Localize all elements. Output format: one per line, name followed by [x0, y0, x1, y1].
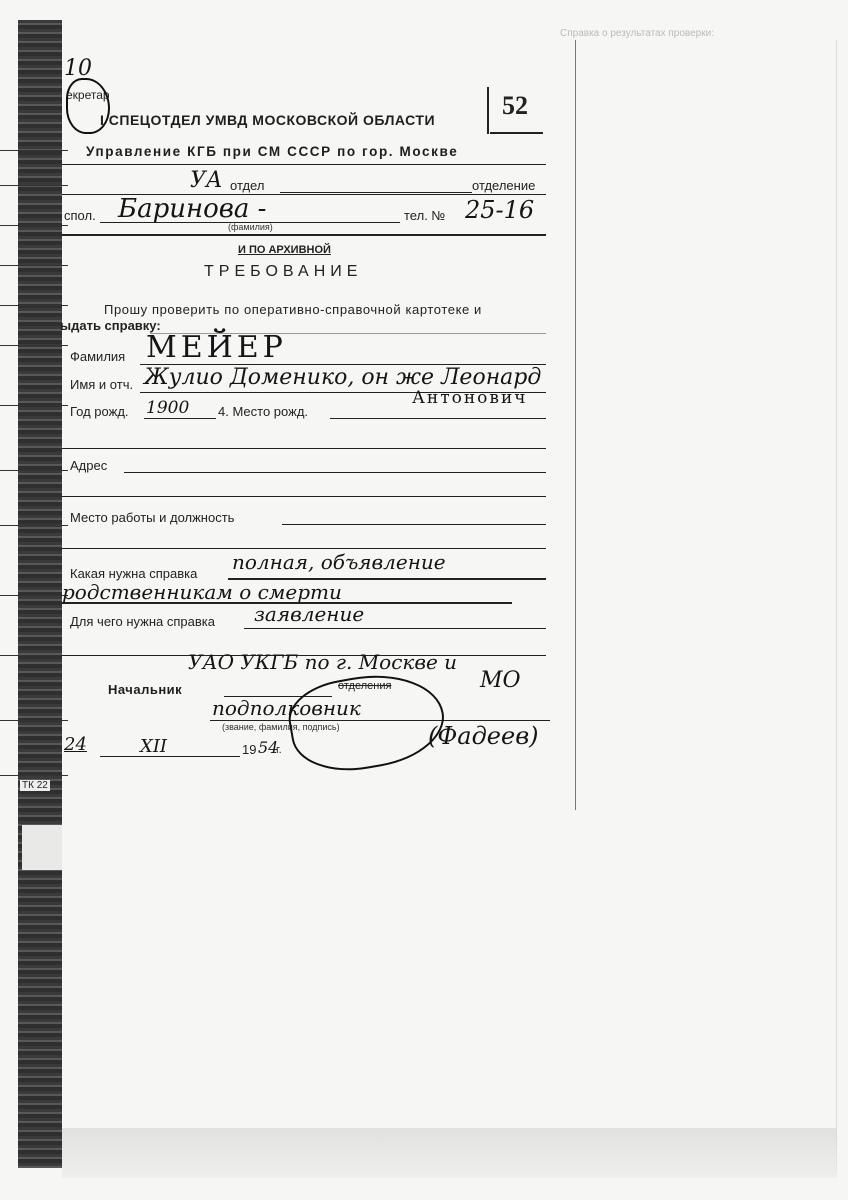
birth-year-label: Год рожд.	[70, 404, 129, 419]
date-year-prefix: 19	[242, 742, 256, 757]
which-label: Какая нужна справка	[70, 566, 197, 581]
which-value-line-2: родственникам о смерти	[62, 580, 342, 604]
header-line-2: Управление КГБ при СМ СССР по гор. Москв…	[86, 144, 458, 159]
date-suffix: г.	[276, 744, 282, 756]
chief-value-line-2: МО	[480, 668, 521, 693]
dept-label: отдел	[230, 178, 264, 193]
birth-place-label: 4. Место рожд.	[218, 404, 308, 419]
dept-value: УА	[190, 168, 223, 193]
date-day: 24	[64, 734, 87, 755]
date-month: XII	[140, 736, 167, 757]
binding-gap	[22, 825, 62, 870]
ghost-header: Справка о результатах проверки:	[560, 28, 714, 39]
name-label: Имя и отч.	[70, 377, 133, 392]
chief-value-line-1: УАО УКГБ по г. Москве и	[188, 650, 457, 674]
executor-label: спол.	[64, 208, 96, 223]
request-text-line-1: Прошу проверить по оперативно-справочной…	[104, 302, 482, 317]
header-line-1: I СПЕЦОТДЕЛ УМВД МОСКОВСКОЙ ОБЛАСТИ	[100, 112, 435, 128]
why-value: заявление	[254, 602, 364, 626]
section-label: отделение	[472, 178, 535, 193]
document-title: ТРЕБОВАНИЕ	[204, 263, 362, 281]
chief-label: Начальник	[108, 682, 182, 697]
archive-stamp: И ПО АРХИВНОЙ	[238, 244, 331, 256]
executor-caption: (фамилия)	[228, 222, 273, 232]
why-label: Для чего нужна справка	[70, 614, 215, 629]
which-value-line-1: полная, объявление	[232, 550, 446, 574]
form-edge	[575, 40, 576, 810]
binding-strip	[18, 20, 62, 1168]
executor-value: Баринова -	[118, 194, 266, 224]
form-code: ТК 22	[20, 780, 50, 791]
document-page: Справка о результатах проверки: 10 екрет…	[0, 0, 848, 1200]
phone-value: 25-16	[465, 196, 534, 224]
name-value: Жулио Доменико, он же Леонард	[144, 365, 541, 390]
signature	[283, 663, 451, 780]
page-shadow	[62, 1128, 837, 1178]
surname-label: Фамилия	[70, 349, 125, 364]
document-number: 52	[502, 91, 528, 121]
work-label: Место работы и должность	[70, 510, 234, 525]
phone-label: тел. №	[404, 208, 445, 223]
signer-name: (Фадеев)	[428, 722, 539, 750]
birth-year-value: 1900	[146, 398, 189, 418]
page-edge	[836, 40, 837, 1170]
surname-value: МЕЙЕР	[146, 330, 287, 365]
name-value-line-2: Антонович	[412, 388, 528, 408]
address-label: Адрес	[70, 458, 107, 473]
